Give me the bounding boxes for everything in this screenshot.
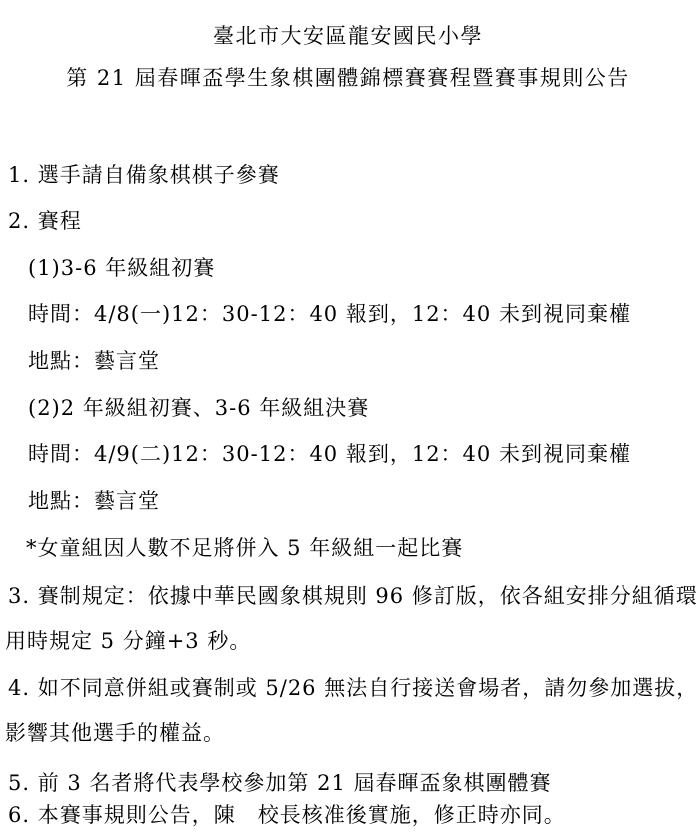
doc-line-schedule-1-place: 地點：藝言堂 <box>28 348 160 374</box>
document-title: 臺北市大安區龍安國民小學 <box>0 23 696 49</box>
document-page: 臺北市大安區龍安國民小學 第 21 屆春暉盃學生象棋團體錦標賽賽程暨賽事規則公告… <box>0 0 696 837</box>
document-subtitle: 第 21 屆春暉盃學生象棋團體錦標賽賽程暨賽事規則公告 <box>0 65 696 91</box>
doc-line-note-girls-group: *女童組因人數不足將併入 5 年級組一起比賽 <box>26 535 463 561</box>
doc-line-item-4: 4. 如不同意併組或賽制或 5/26 無法自行接送會場者，請勿參加選拔，以免 <box>8 675 696 701</box>
doc-line-item-5: 5. 前 3 名者將代表學校參加第 21 屆春暉盃象棋團體賽 <box>8 770 552 796</box>
doc-line-item-2: 2. 賽程 <box>8 208 82 234</box>
doc-line-item-1: 1. 選手請自備象棋棋子參賽 <box>8 162 280 188</box>
doc-line-item-6: 6. 本賽事規則公告，陳 校長核准後實施，修正時亦同。 <box>8 802 566 828</box>
doc-line-schedule-2-time: 時間：4/9(二)12：30-12：40 報到，12：40 未到視同棄權 <box>28 441 631 467</box>
doc-line-item-3: 3. 賽制規定：依據中華民國象棋規則 96 修訂版，依各組安排分組循環賽， <box>8 583 696 609</box>
doc-line-schedule-1-group: (1)3-6 年級組初賽 <box>28 255 215 281</box>
doc-line-schedule-1-time: 時間：4/8(一)12：30-12：40 報到，12：40 未到視同棄權 <box>28 301 631 327</box>
doc-line-schedule-2-group: (2)2 年級組初賽、3-6 年級組決賽 <box>28 395 369 421</box>
doc-line-item-4-continued: 影響其他選手的權益。 <box>5 720 225 746</box>
doc-line-item-3-continued: 用時規定 5 分鐘+3 秒。 <box>5 628 251 654</box>
doc-line-schedule-2-place: 地點：藝言堂 <box>28 488 160 514</box>
